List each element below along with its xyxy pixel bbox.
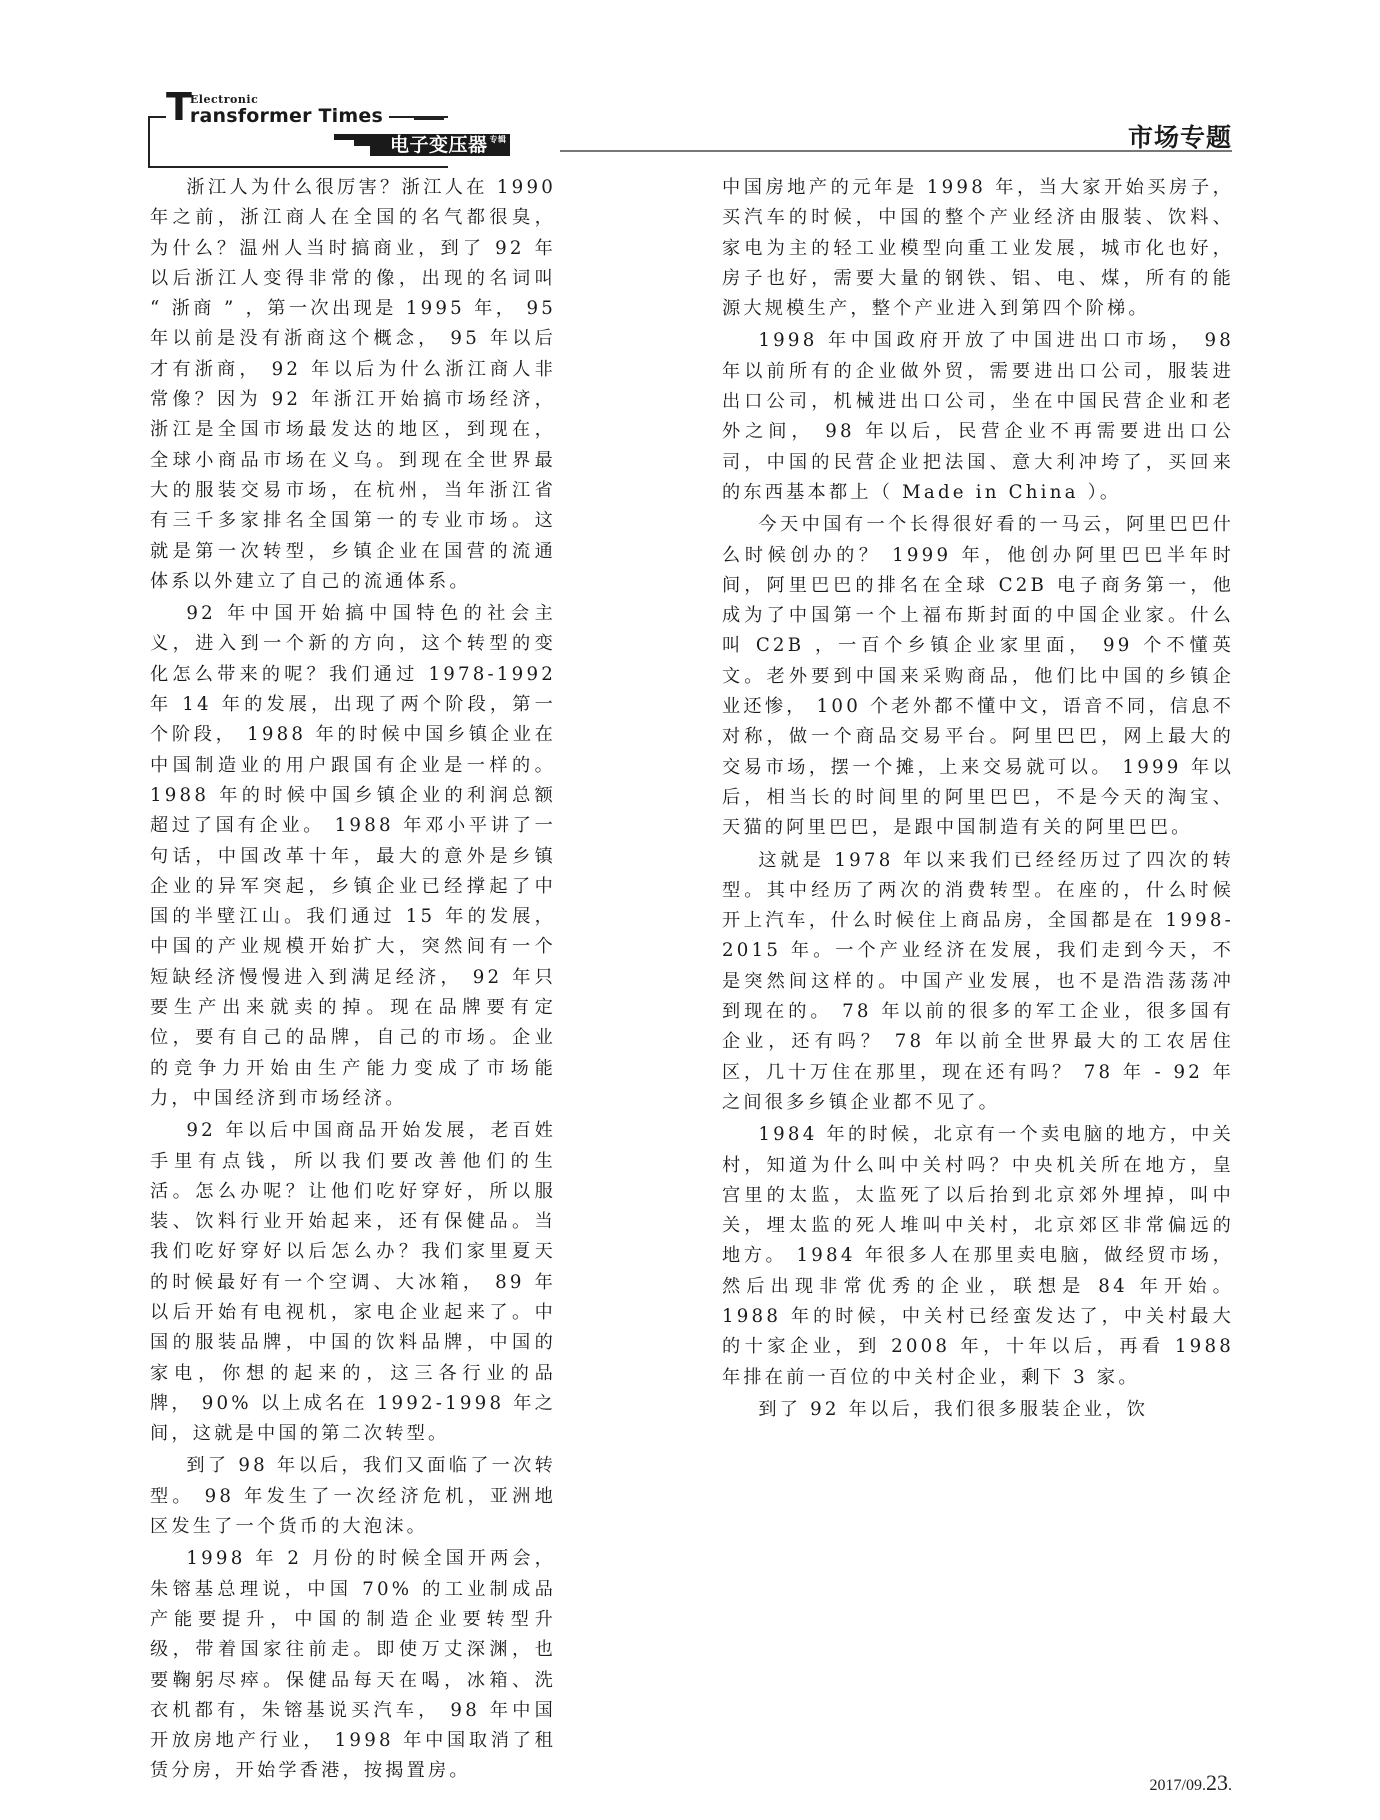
article-column-right: 中国房地产的元年是 1998 年，当大家开始买房子，买汽车的时候，中国的整个产业… (722, 173, 1234, 1427)
section-divider (560, 150, 1232, 152)
masthead-chinese-name: 电子变压器 (390, 134, 488, 156)
paragraph: 1998 年 2 月份的时候全国开两会，朱镕基总理说，中国 70% 的工业制成品… (150, 1544, 556, 1786)
paragraph: 到了 98 年以后，我们又面临了一次转型。 98 年发生了一次经济危机，亚洲地区… (150, 1451, 556, 1542)
masthead-title-rest: ransformer Times (190, 106, 383, 126)
paragraph: 92 年中国开始搞中国特色的社会主义，进入到一个新的方向，这个转型的变化怎么带来… (150, 599, 556, 1114)
article-column-left: 浙江人为什么很厉害？浙江人在 1990 年之前，浙江商人在全国的名气都很臭，为什… (150, 173, 556, 1789)
paragraph: 今天中国有一个长得很好看的一马云，阿里巴巴什么时候创办的？ 1999 年，他创办… (722, 510, 1234, 843)
paragraph: 到了 92 年以后，我们很多服装企业，饮 (722, 1395, 1234, 1425)
footer-suffix: . (1228, 1777, 1232, 1794)
paragraph: 92 年以后中国商品开始发展，老百姓手里有点钱，所以我们要改善他们的生活。怎么办… (150, 1116, 556, 1449)
masthead-chinese-edition: 专辑 (490, 135, 499, 144)
paragraph: 1998 年中国政府开放了中国进出口市场， 98 年以前所有的企业做外贸，需要进… (722, 326, 1234, 508)
paragraph-continued: 中国房地产的元年是 1998 年，当大家开始买房子，买汽车的时候，中国的整个产业… (722, 173, 1234, 324)
paragraph: 这就是 1978 年以来我们已经经历过了四次的转型。其中经历了两次的消费转型。在… (722, 846, 1234, 1119)
masthead-dash (414, 118, 444, 120)
masthead-title: T Electronic ransformer Times (166, 88, 389, 126)
paragraph: 1984 年的时候，北京有一个卖电脑的地方，中关村，知道为什么叫中关村吗？中央机… (722, 1120, 1234, 1393)
paragraph: 浙江人为什么很厉害？浙江人在 1990 年之前，浙江商人在全国的名气都很臭，为什… (150, 173, 556, 597)
masthead-chinese-title: 电子变压器专辑 (390, 133, 499, 157)
issue-date: 2017/09. (1150, 1777, 1206, 1794)
page-footer: 2017/09.23. (1150, 1770, 1232, 1796)
masthead-big-letter: T (166, 88, 191, 126)
page-number: 23 (1206, 1770, 1228, 1795)
section-title: 市场专题 (1128, 118, 1232, 154)
